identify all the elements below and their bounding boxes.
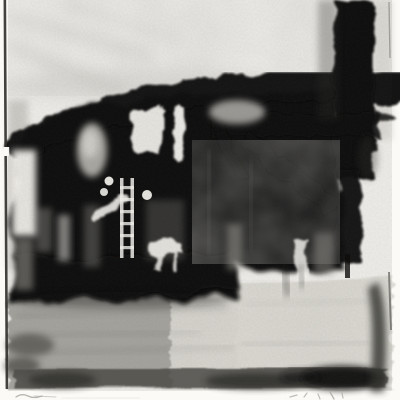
paper-grain (8, 0, 392, 391)
print-canvas (0, 0, 400, 400)
artwork-photo (0, 0, 400, 400)
